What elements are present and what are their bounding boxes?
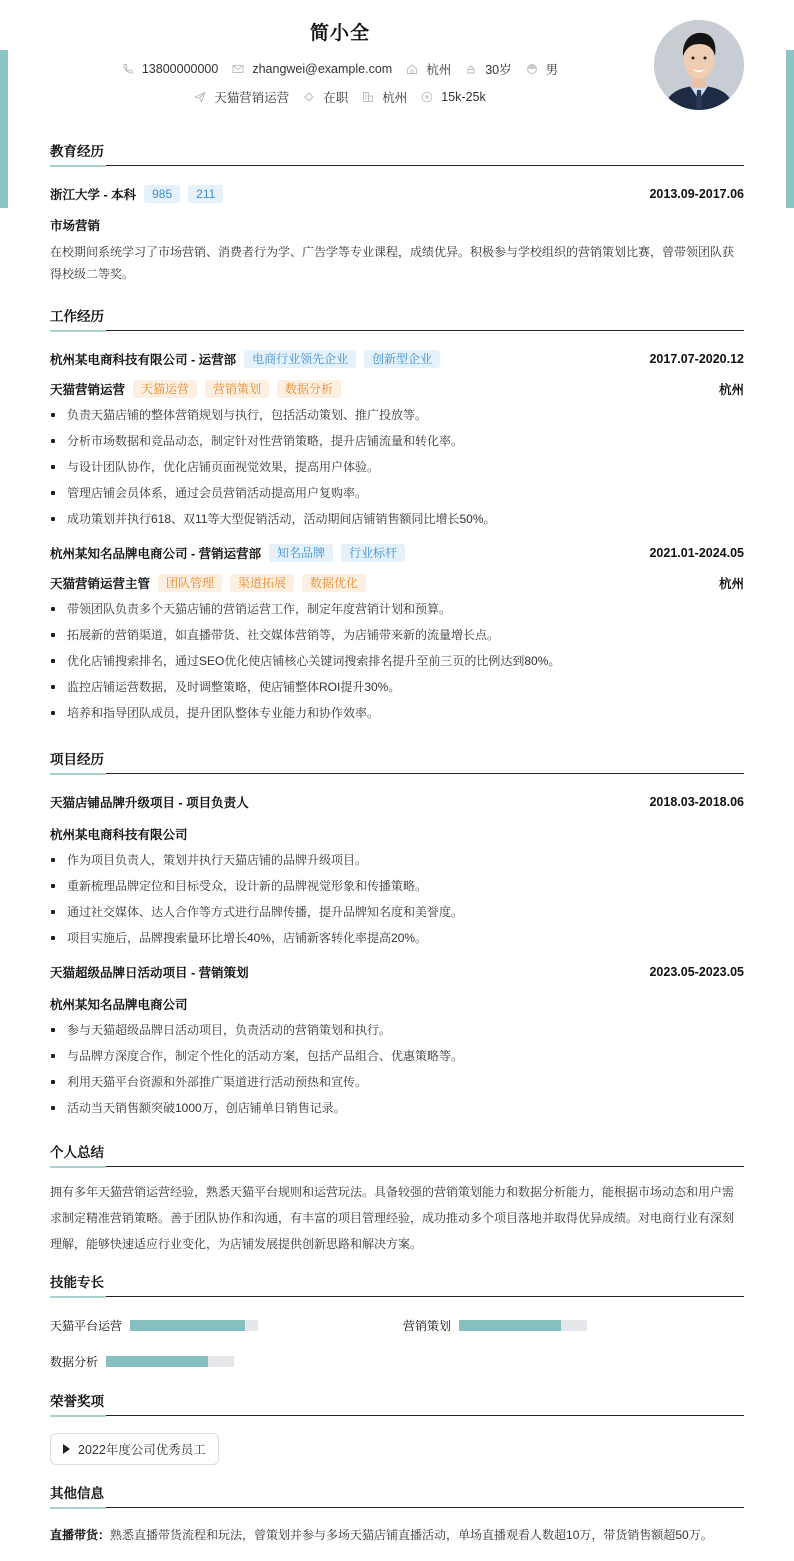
position-name: 天猫营销运营主管 [50,574,150,592]
major: 市场营销 [50,216,744,234]
list-item: 管理店铺会员体系，通过会员营销活动提高用户复购率。 [50,480,744,506]
list-item: 通过社交媒体、达人合作等方式进行品牌传播，提升品牌知名度和美誉度。 [50,899,744,925]
salary-item: 15k-25k [421,90,485,104]
skills-section: 技能专长 天猫平台运营 营销策划 数据分析 [50,1271,744,1370]
education-description: 在校期间系统学习了市场营销、消费者行为学、广告学等专业课程，成绩优异。积极参与学… [50,241,744,285]
other-section: 其他信息 直播带货：熟悉直播带货流程和玩法，曾策划并参与多场天猫店铺直播活动，单… [50,1482,744,1546]
education-section: 教育经历 浙江大学 - 本科 985 211 2013.09-2017.06 市… [50,140,744,285]
company-tag: 创新型企业 [364,350,440,368]
skill-bar [459,1320,587,1331]
position-tag: 团队管理 [158,574,222,592]
project-name: 天猫超级品牌日活动项目 - 营销策划 [50,963,249,981]
company-name: 杭州某知名品牌电商公司 - 营销运营部 [50,544,261,562]
list-item: 带领团队负责多个天猫店铺的营销运营工作，制定年度营销计划和预算。 [50,596,744,622]
list-item: 优化店铺搜索排名，通过SEO优化使店铺核心关键词搜索排名提升至前三页的比例达到8… [50,648,744,674]
work-item: 杭州某电商科技有限公司 - 运营部 电商行业领先企业 创新型企业 2017.07… [50,350,744,532]
education-date: 2013.09-2017.06 [649,187,744,201]
school-name: 浙江大学 - 本科 [50,185,136,203]
work-bullets: 带领团队负责多个天猫店铺的营销运营工作，制定年度营销计划和预算。 拓展新的营销渠… [50,596,744,726]
skill-bar [130,1320,258,1331]
work-bullets: 负责天猫店铺的整体营销规划与执行，包括活动策划、推广投放等。 分析市场数据和竞品… [50,402,744,532]
project-item: 天猫超级品牌日活动项目 - 营销策划 2023.05-2023.05 杭州某知名… [50,963,744,1121]
project-bullets: 参与天猫超级品牌日活动项目，负责活动的营销策划和执行。 与品牌方深度合作，制定个… [50,1017,744,1121]
gender-item: 男 [526,60,559,78]
award-label: 2022年度公司优秀员工 [78,1440,206,1458]
location-text: 杭州 [426,60,451,78]
project-company: 杭州某电商科技有限公司 [50,825,744,843]
list-item: 监控店铺运营数据，及时调整策略，使店铺整体ROI提升30%。 [50,674,744,700]
awards-title: 荣誉奖项 [50,1390,744,1416]
position-name: 天猫营销运营 [50,380,125,398]
skill-name: 营销策划 [403,1317,451,1334]
phone-text: 13800000000 [142,62,218,76]
salary-icon [421,91,433,103]
work-location: 杭州 [719,380,744,398]
company-tag: 行业标杆 [341,544,405,562]
send-icon [194,91,206,103]
employment-status-text: 在职 [323,88,348,106]
other-info: 直播带货：熟悉直播带货流程和玩法，曾策划并参与多场天猫店铺直播活动，单场直播观看… [50,1524,744,1546]
expand-triangle-icon [63,1444,70,1454]
list-item: 利用天猫平台资源和外部推广渠道进行活动预热和宣传。 [50,1069,744,1095]
age-item: 30岁 [465,60,511,78]
work-position-row: 天猫营销运营主管 团队管理 渠道拓展 数据优化 杭州 [50,574,744,592]
work-title: 工作经历 [50,305,744,331]
skills-row: 数据分析 [50,1353,744,1370]
work-position-row: 天猫营销运营 天猫运营 营销策划 数据分析 杭州 [50,380,744,398]
target-city-item: 杭州 [362,88,407,106]
gender-text: 男 [546,60,559,78]
skill-bar-fill [106,1356,208,1367]
avatar [654,20,744,110]
project-company: 杭州某知名品牌电商公司 [50,995,744,1013]
skill-bar-fill [130,1320,245,1331]
target-position-text: 天猫营销运营 [214,88,289,106]
skill-item: 天猫平台运营 [50,1317,403,1334]
resume-body: 教育经历 浙江大学 - 本科 985 211 2013.09-2017.06 市… [50,130,744,1546]
skills-title: 技能专长 [50,1271,744,1297]
company-tag: 知名品牌 [269,544,333,562]
other-title: 其他信息 [50,1482,744,1508]
work-date: 2021.01-2024.05 [649,546,744,560]
summary-title: 个人总结 [50,1141,744,1167]
project-date: 2018.03-2018.06 [649,795,744,809]
list-item: 作为项目负责人，策划并执行天猫店铺的品牌升级项目。 [50,847,744,873]
list-item: 成功策划并执行618、双11等大型促销活动，活动期间店铺销售额同比增长50%。 [50,506,744,532]
list-item: 与设计团队协作，优化店铺页面视觉效果，提高用户体验。 [50,454,744,480]
school-tag: 211 [188,185,223,203]
gender-icon [526,63,538,75]
age-icon [465,63,477,75]
building-icon [362,91,374,103]
candidate-name: 简小全 [0,18,680,45]
email-text: zhangwei@example.com [252,62,392,76]
list-item: 与品牌方深度合作，制定个性化的活动方案，包括产品组合、优惠策略等。 [50,1043,744,1069]
skill-bar [106,1356,234,1367]
location-item: 杭州 [406,60,451,78]
contact-row: 13800000000 zhangwei@example.com 杭州 30岁 … [0,60,680,78]
award-item[interactable]: 2022年度公司优秀员工 [50,1433,219,1465]
target-position-item: 天猫营销运营 [194,88,289,106]
work-company-row: 杭州某知名品牌电商公司 - 营销运营部 知名品牌 行业标杆 2021.01-20… [50,544,744,562]
phone-item: 13800000000 [122,62,218,76]
work-item: 杭州某知名品牌电商公司 - 营销运营部 知名品牌 行业标杆 2021.01-20… [50,544,744,726]
list-item: 拓展新的营销渠道，如直播带货、社交媒体营销等，为店铺带来新的流量增长点。 [50,622,744,648]
skill-item: 营销策划 [403,1317,587,1334]
list-item: 活动当天销售额突破1000万，创店铺单日销售记录。 [50,1095,744,1121]
list-item: 分析市场数据和竞品动态，制定针对性营销策略，提升店铺流量和转化率。 [50,428,744,454]
list-item: 重新梳理品牌定位和目标受众，设计新的品牌视觉形象和传播策略。 [50,873,744,899]
work-company-row: 杭州某电商科技有限公司 - 运营部 电商行业领先企业 创新型企业 2017.07… [50,350,744,368]
employment-status-item: 在职 [303,88,348,106]
awards-section: 荣誉奖项 2022年度公司优秀员工 [50,1390,744,1465]
other-info-label: 直播带货： [50,1528,110,1542]
summary-text: 拥有多年天猫营销运营经验，熟悉天猫平台规则和运营玩法。具备较强的营销策划能力和数… [50,1179,744,1257]
list-item: 负责天猫店铺的整体营销规划与执行，包括活动策划、推广投放等。 [50,402,744,428]
projects-section: 项目经历 天猫店铺品牌升级项目 - 项目负责人 2018.03-2018.06 … [50,748,744,1121]
resume-header: 简小全 13800000000 zhangwei@example.com 杭州 … [0,0,794,130]
home-icon [406,63,418,75]
project-bullets: 作为项目负责人，策划并执行天猫店铺的品牌升级项目。 重新梳理品牌定位和目标受众，… [50,847,744,951]
status-icon [303,91,315,103]
position-tag: 营销策划 [205,380,269,398]
company-tag: 电商行业领先企业 [244,350,356,368]
skill-item: 数据分析 [50,1353,234,1370]
skill-name: 天猫平台运营 [50,1317,122,1334]
skills-row: 天猫平台运营 营销策划 [50,1317,744,1334]
project-name: 天猫店铺品牌升级项目 - 项目负责人 [50,793,249,811]
project-header: 天猫店铺品牌升级项目 - 项目负责人 2018.03-2018.06 [50,793,744,811]
mail-icon [232,63,244,75]
company-name: 杭州某电商科技有限公司 - 运营部 [50,350,236,368]
skill-name: 数据分析 [50,1353,98,1370]
email-item: zhangwei@example.com [232,62,392,76]
position-tag: 数据优化 [302,574,366,592]
list-item: 参与天猫超级品牌日活动项目，负责活动的营销策划和执行。 [50,1017,744,1043]
job-intent-row: 天猫营销运营 在职 杭州 15k-25k [0,88,680,106]
list-item: 项目实施后，品牌搜索量环比增长40%，店铺新客转化率提高20%。 [50,925,744,951]
summary-section: 个人总结 拥有多年天猫营销运营经验，熟悉天猫平台规则和运营玩法。具备较强的营销策… [50,1141,744,1257]
education-title: 教育经历 [50,140,744,166]
phone-icon [122,63,134,75]
project-header: 天猫超级品牌日活动项目 - 营销策划 2023.05-2023.05 [50,963,744,981]
school-tag: 985 [144,185,180,203]
salary-text: 15k-25k [441,90,485,104]
work-location: 杭州 [719,574,744,592]
project-date: 2023.05-2023.05 [649,965,744,979]
projects-title: 项目经历 [50,748,744,774]
work-date: 2017.07-2020.12 [649,352,744,366]
skill-bar-fill [459,1320,561,1331]
target-city-text: 杭州 [382,88,407,106]
other-info-text: 熟悉直播带货流程和玩法，曾策划并参与多场天猫店铺直播活动，单场直播观看人数超10… [110,1528,713,1542]
age-text: 30岁 [485,60,511,78]
position-tag: 渠道拓展 [230,574,294,592]
list-item: 培养和指导团队成员，提升团队整体专业能力和协作效率。 [50,700,744,726]
work-section: 工作经历 杭州某电商科技有限公司 - 运营部 电商行业领先企业 创新型企业 20… [50,305,744,726]
position-tag: 天猫运营 [133,380,197,398]
project-item: 天猫店铺品牌升级项目 - 项目负责人 2018.03-2018.06 杭州某电商… [50,793,744,951]
position-tag: 数据分析 [277,380,341,398]
education-header: 浙江大学 - 本科 985 211 2013.09-2017.06 [50,185,744,203]
